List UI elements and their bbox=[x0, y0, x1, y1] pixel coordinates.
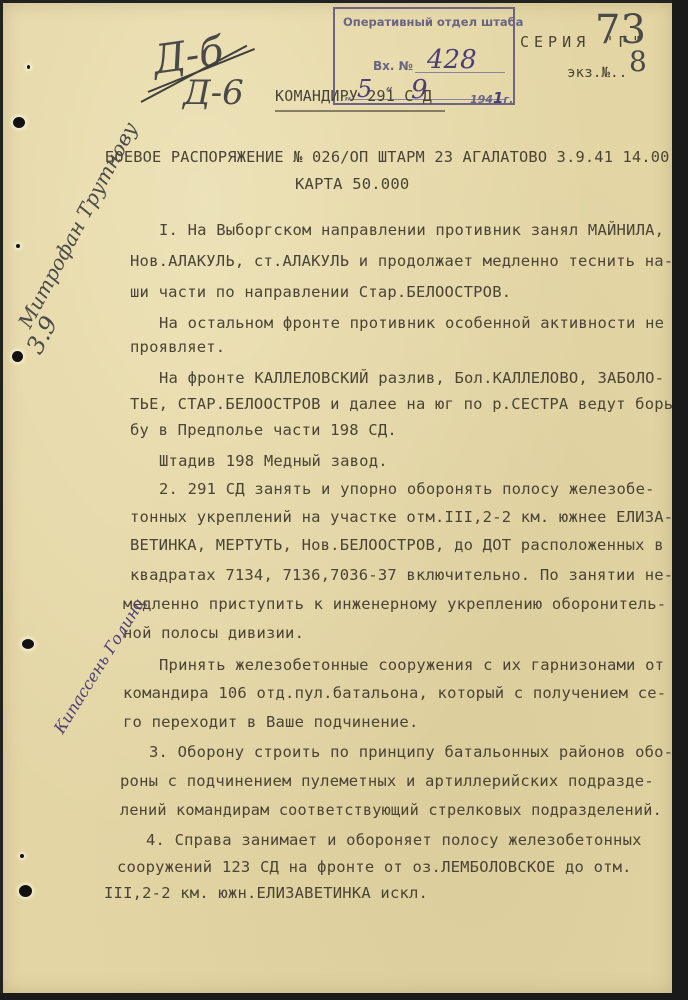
body-line-13: квадратах 7134, 7136,7036-37 включительн… bbox=[130, 566, 673, 584]
speck-2 bbox=[16, 244, 20, 248]
body-line-15: ной полосы дивизии. bbox=[123, 624, 304, 642]
speck-3 bbox=[20, 854, 24, 858]
body-line-12: ВЕТИНКА, МЕРТУТЬ, Нов.БЕЛООСТРОВ, до ДОТ… bbox=[130, 536, 664, 554]
copy-number: 8 bbox=[629, 45, 647, 78]
map-scale: КАРТА 50.000 bbox=[295, 175, 409, 193]
stamp-year-suffix: 1 bbox=[493, 89, 503, 107]
punch-hole-2 bbox=[12, 351, 23, 362]
body-line-5: проявляет. bbox=[130, 338, 225, 356]
body-line-3: ши части по направлении Стар.БЕЛООСТРОВ. bbox=[130, 283, 511, 301]
body-line-24: III,2-2 км. южн.ЕЛИЗАВЕТИНКА искл. bbox=[104, 884, 428, 902]
stamp-year-prefix: 194 bbox=[470, 93, 493, 106]
punch-hole-1 bbox=[13, 117, 25, 128]
order-title: БОЕВОЕ РАСПОРЯЖЕНИЕ № 026/ОП ШТАРМ 23 АГ… bbox=[105, 148, 670, 166]
body-line-10: 2. 291 СД занять и упорно оборонять поло… bbox=[159, 480, 655, 498]
scan-edge-right bbox=[672, 0, 688, 1000]
body-line-6: На фронте КАЛЛЕЛОВСКИЙ разлив, Бол.КАЛЛЕ… bbox=[159, 369, 664, 387]
punch-hole-4 bbox=[19, 885, 32, 897]
punch-hole-3 bbox=[22, 639, 34, 649]
body-line-18: го переходит в Ваше подчинение. bbox=[123, 713, 419, 731]
speck-1 bbox=[27, 65, 30, 69]
stamp-title: Оперативный отдел штаба bbox=[343, 15, 523, 29]
body-line-21: лений командирам соответствующий стрелко… bbox=[120, 801, 662, 819]
copy-label: экз.№.. bbox=[567, 65, 627, 81]
body-line-20: роны с подчинением пулеметных и артиллер… bbox=[120, 772, 654, 790]
pencil-mark: Д-6 bbox=[183, 73, 244, 113]
body-line-23: сооружений 123 СД на фронте от оз.ЛЕМБОЛ… bbox=[117, 858, 632, 876]
body-line-19: 3. Оборону строить по принципу батальонн… bbox=[149, 743, 673, 761]
body-line-22: 4. Справа занимает и обороняет полосу же… bbox=[146, 831, 642, 849]
document-page: Д-б Д-6 Оперативный отдел штаба Вх. № 42… bbox=[3, 3, 672, 993]
addressee-underline bbox=[275, 110, 445, 112]
stamp-incoming-number: 428 bbox=[427, 45, 477, 75]
body-line-17: командира 106 отд.пул.батальона, который… bbox=[123, 684, 666, 702]
stamp-incoming-label: Вх. № bbox=[373, 59, 413, 73]
stamp-year-unit: г. bbox=[503, 93, 513, 106]
body-line-4: На остальном фронте противник особенной … bbox=[159, 314, 664, 332]
body-line-2: Нов.АЛАКУЛЬ, ст.АЛАКУЛЬ и продолжает мед… bbox=[130, 252, 673, 270]
body-line-14: медленно приступить к инженерному укрепл… bbox=[123, 595, 666, 613]
body-line-8: бу в Предполье части 198 СД. bbox=[130, 421, 397, 439]
body-line-1: I. На Выборгском направлении противник з… bbox=[159, 221, 664, 239]
addressee: КОМАНДИРУ 291 С Д bbox=[275, 87, 432, 105]
body-line-9: Штадив 198 Медный завод. bbox=[159, 452, 388, 470]
body-line-7: ТЬЕ, СТАР.БЕЛООСТРОВ и далее на юг по р.… bbox=[130, 395, 683, 413]
stamp-year: 1941г. bbox=[470, 89, 513, 107]
body-line-11: тонных укреплений на участке отм.III,2-2… bbox=[130, 508, 673, 526]
scan-edge-bottom bbox=[0, 993, 688, 1000]
margin-note-pencil: Митрофан Трутнову bbox=[13, 118, 142, 332]
body-line-16: Принять железобетонные сооружения с их г… bbox=[159, 656, 664, 674]
